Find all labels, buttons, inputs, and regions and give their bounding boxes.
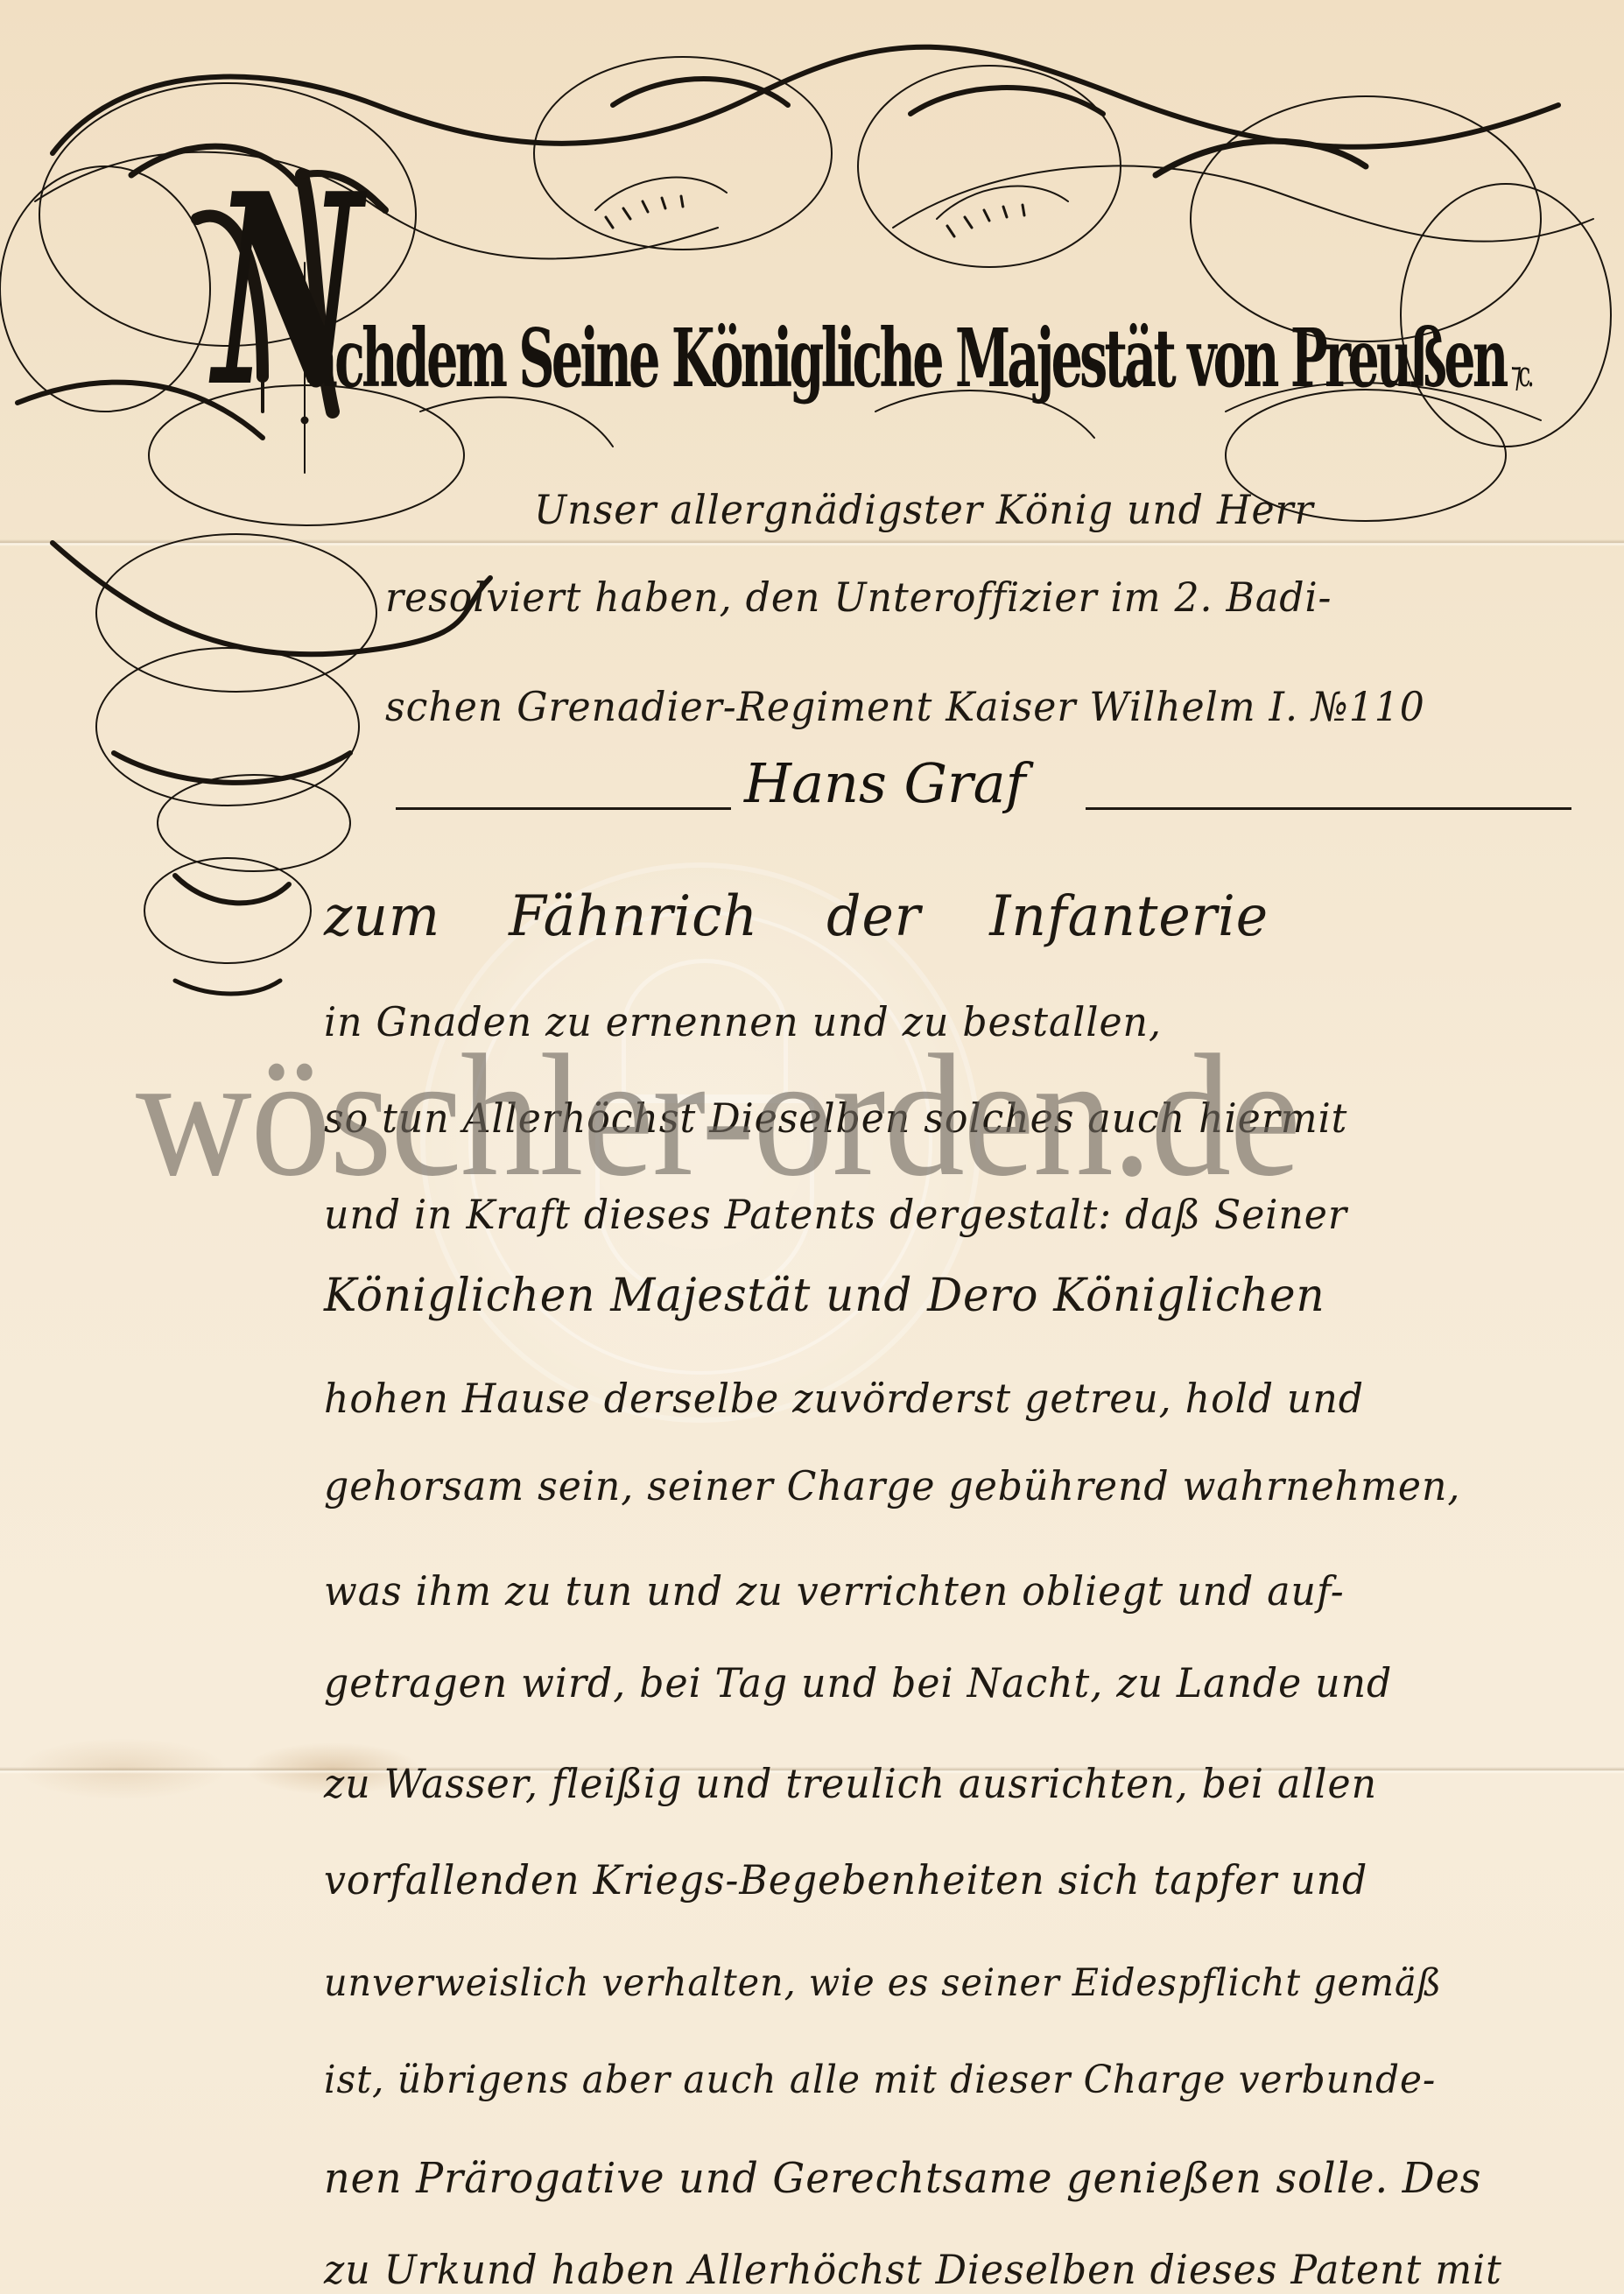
text-line: was ihm zu tun und zu verrichten obliegt… xyxy=(324,1567,1534,1615)
text-line: ist, übrigens aber auch alle mit dieser … xyxy=(324,2058,1534,2102)
text-line: unverweislich verhalten, wie es seiner E… xyxy=(324,1961,1534,2005)
document-heading: Nachdem Seine Königliche Majestät von Pr… xyxy=(254,311,1068,405)
text-line-majesty: Königlichen Majestät und Dero Königliche… xyxy=(324,1270,1534,1322)
heading-suffix: ⁊c. xyxy=(1511,355,1531,395)
text-line: resolviert haben, den Unteroffizier im 2… xyxy=(385,573,1595,621)
text-line: schen Grenadier-Regiment Kaiser Wilhelm … xyxy=(385,683,1595,730)
heading-text: achdem Seine Königliche Majestät von Pre… xyxy=(306,311,1506,405)
text-line-rank: zum Fähnrich der Infanterie xyxy=(324,884,1534,949)
name-underline-right xyxy=(1086,807,1571,810)
text-line: nen Prärogative und Gerechtsame genießen… xyxy=(324,2154,1534,2203)
text-line: zu Urkund haben Allerhöchst Dieselben di… xyxy=(324,2246,1534,2293)
text-line: vorfallenden Kriegs-Begebenheiten sich t… xyxy=(324,1856,1534,1903)
text-line: gehorsam sein, seiner Charge gebührend w… xyxy=(324,1462,1534,1509)
text-line: zu Wasser, fleißig und treulich ausricht… xyxy=(324,1760,1534,1807)
text-line: hohen Hause derselbe zuvörderst getreu, … xyxy=(324,1375,1534,1422)
text-line: getragen wird, bei Tag und bei Nacht, zu… xyxy=(324,1659,1534,1706)
website-watermark: wöschler-orden.de xyxy=(136,1029,1299,1204)
name-underline-left xyxy=(396,807,731,810)
heading-initial: N xyxy=(214,136,359,445)
document-page: Nachdem Seine Königliche Majestät von Pr… xyxy=(0,0,1624,2294)
recipient-name: Hans Graf xyxy=(744,751,1026,815)
text-line: Unser allergnädigster König und Herr xyxy=(534,486,1543,533)
